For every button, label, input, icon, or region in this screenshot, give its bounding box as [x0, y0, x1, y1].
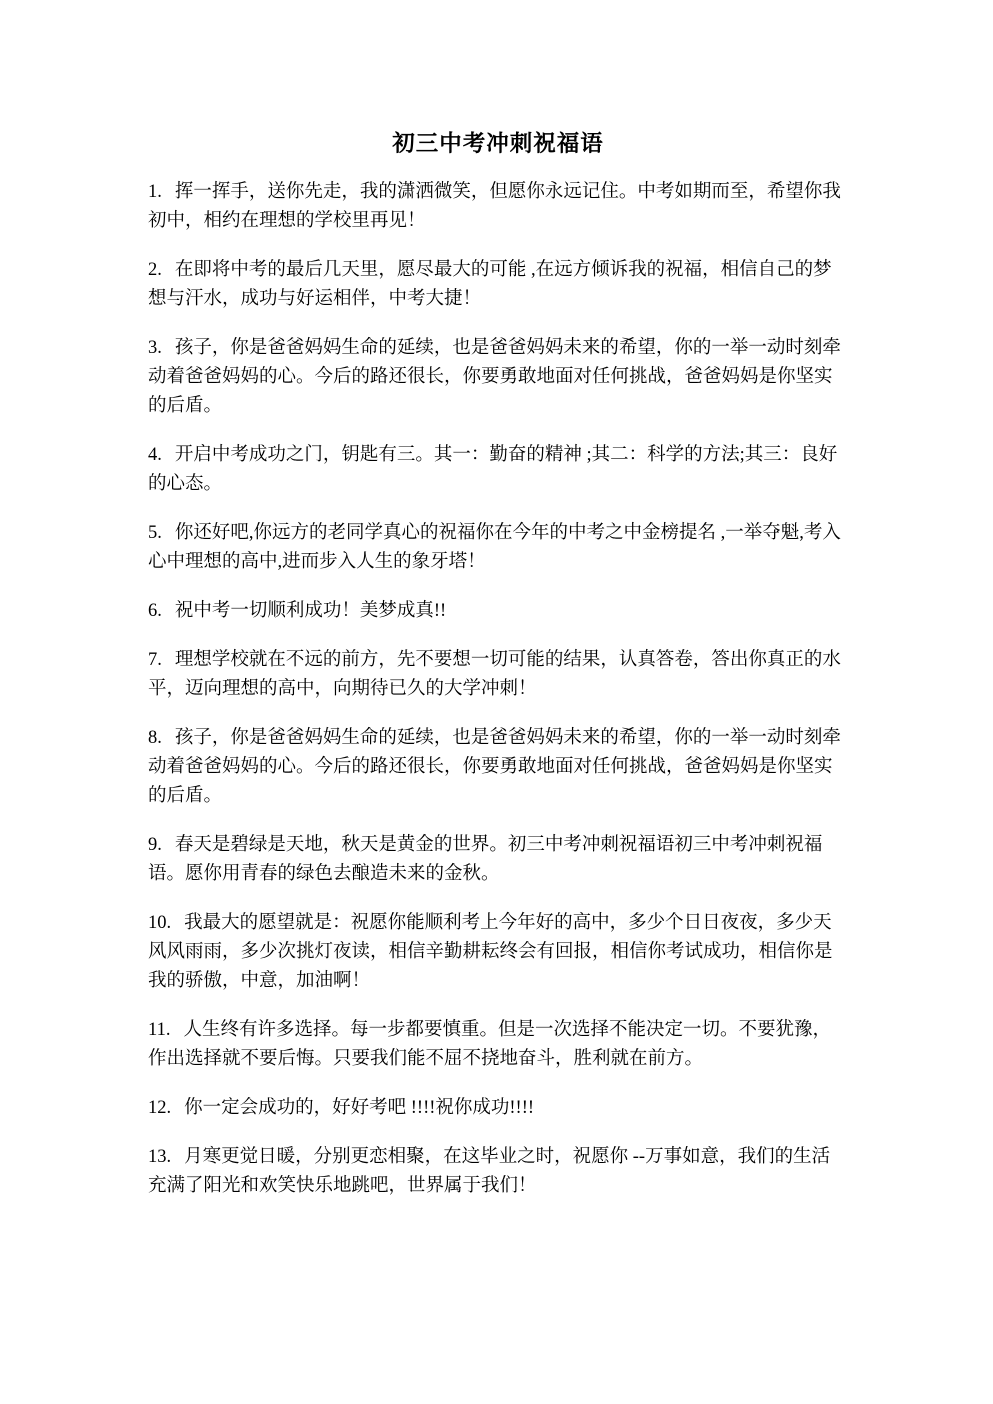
item-number: 5.	[148, 523, 162, 543]
item-number: 7.	[148, 650, 162, 670]
blessing-item: 6.祝中考一切顺利成功！美梦成真!!	[148, 597, 848, 626]
item-text: 春天是碧绿是天地，秋天是黄金的世界。初三中考冲刺祝福语初三中考冲刺祝福语。愿你用…	[148, 835, 822, 884]
blessing-item: 7.理想学校就在不远的前方，先不要想一切可能的结果，认真答卷，答出你真正的水平，…	[148, 646, 848, 704]
item-number: 4.	[148, 445, 162, 465]
item-number: 11.	[148, 1020, 170, 1040]
item-text: 我最大的愿望就是：祝愿你能顺利考上今年好的高中，多少个日日夜夜，多少天风风雨雨，…	[148, 913, 833, 991]
item-text: 孩子，你是爸爸妈妈生命的延续，也是爸爸妈妈未来的希望，你的一举一动时刻牵动着爸爸…	[148, 728, 841, 806]
blessing-item: 3.孩子，你是爸爸妈妈生命的延续，也是爸爸妈妈未来的希望，你的一举一动时刻牵动着…	[148, 334, 848, 421]
blessing-item: 11.人生终有许多选择。每一步都要慎重。但是一次选择不能决定一切。不要犹豫，作出…	[148, 1016, 848, 1074]
item-number: 6.	[148, 601, 162, 621]
item-number: 1.	[148, 182, 162, 202]
blessing-list: 1.挥一挥手，送你先走，我的潇洒微笑，但愿你永远记住。中考如期而至，希望你我初中…	[148, 178, 848, 1201]
blessing-item: 2.在即将中考的最后几天里，愿尽最大的可能 ,在远方倾诉我的祝福，相信自己的梦想…	[148, 256, 848, 314]
item-text: 月寒更觉日暖，分别更恋相聚，在这毕业之时，祝愿你 --万事如意，我们的生活充满了…	[148, 1147, 830, 1196]
item-text: 在即将中考的最后几天里，愿尽最大的可能 ,在远方倾诉我的祝福，相信自己的梦想与汗…	[148, 260, 832, 309]
item-number: 2.	[148, 260, 162, 280]
item-number: 10.	[148, 913, 171, 933]
item-text: 祝中考一切顺利成功！美梦成真!!	[175, 601, 446, 621]
blessing-item: 12.你一定会成功的，好好考吧 !!!!祝你成功!!!!	[148, 1094, 848, 1123]
item-number: 9.	[148, 835, 162, 855]
item-number: 8.	[148, 728, 162, 748]
item-text: 你还好吧,你远方的老同学真心的祝福你在今年的中考之中金榜提名 ,一举夺魁,考入心…	[148, 523, 841, 572]
item-text: 人生终有许多选择。每一步都要慎重。但是一次选择不能决定一切。不要犹豫，作出选择就…	[148, 1020, 831, 1069]
item-number: 13.	[148, 1147, 171, 1167]
page-title: 初三中考冲刺祝福语	[148, 129, 848, 159]
blessing-item: 13.月寒更觉日暖，分别更恋相聚，在这毕业之时，祝愿你 --万事如意，我们的生活…	[148, 1143, 848, 1201]
blessing-item: 9.春天是碧绿是天地，秋天是黄金的世界。初三中考冲刺祝福语初三中考冲刺祝福语。愿…	[148, 831, 848, 889]
item-number: 3.	[148, 338, 162, 358]
item-text: 挥一挥手，送你先走，我的潇洒微笑，但愿你永远记住。中考如期而至，希望你我初中，相…	[148, 182, 841, 231]
blessing-item: 5.你还好吧,你远方的老同学真心的祝福你在今年的中考之中金榜提名 ,一举夺魁,考…	[148, 519, 848, 577]
item-text: 开启中考成功之门，钥匙有三。其一：勤奋的精神 ;其二：科学的方法;其三：良好的心…	[148, 445, 837, 494]
item-text: 孩子，你是爸爸妈妈生命的延续，也是爸爸妈妈未来的希望，你的一举一动时刻牵动着爸爸…	[148, 338, 841, 416]
item-text: 理想学校就在不远的前方，先不要想一切可能的结果，认真答卷，答出你真正的水平，迈向…	[148, 650, 841, 699]
item-text: 你一定会成功的，好好考吧 !!!!祝你成功!!!!	[184, 1098, 534, 1118]
item-number: 12.	[148, 1098, 171, 1118]
blessing-item: 1.挥一挥手，送你先走，我的潇洒微笑，但愿你永远记住。中考如期而至，希望你我初中…	[148, 178, 848, 236]
blessing-item: 4.开启中考成功之门，钥匙有三。其一：勤奋的精神 ;其二：科学的方法;其三：良好…	[148, 441, 848, 499]
document-page: 初三中考冲刺祝福语 1.挥一挥手，送你先走，我的潇洒微笑，但愿你永远记住。中考如…	[0, 0, 993, 1404]
blessing-item: 10.我最大的愿望就是：祝愿你能顺利考上今年好的高中，多少个日日夜夜，多少天风风…	[148, 909, 848, 996]
blessing-item: 8.孩子，你是爸爸妈妈生命的延续，也是爸爸妈妈未来的希望，你的一举一动时刻牵动着…	[148, 724, 848, 811]
